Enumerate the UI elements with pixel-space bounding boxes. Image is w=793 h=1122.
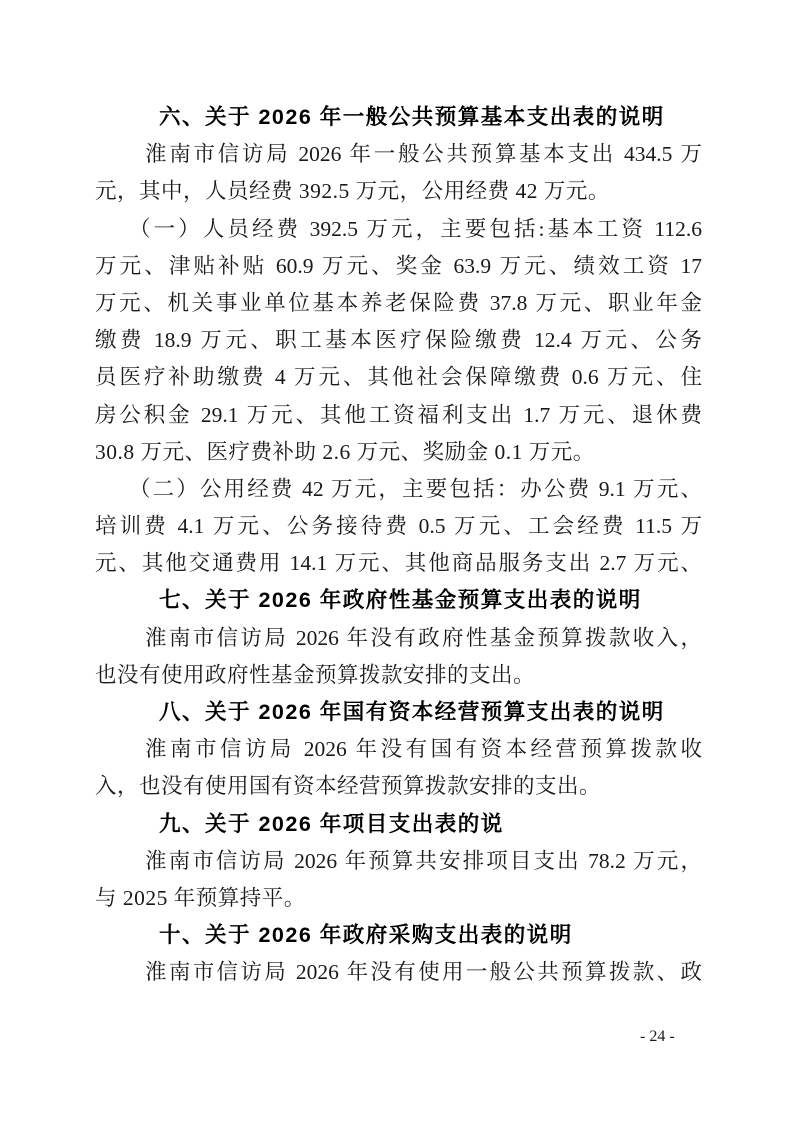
paragraph-line: 30.8 万元、医疗费补助 2.6 万元、奖励金 0.1 万元。 xyxy=(95,434,702,471)
paragraph-line: 淮南市信访局 2026 年没有政府性基金预算拨款收入， xyxy=(95,620,702,657)
document-body: 六、关于 2026 年一般公共预算基本支出表的说明淮南市信访局 2026 年一般… xyxy=(95,99,702,992)
paragraph-line: 淮南市信访局 2026 年没有使用一般公共预算拨款、政 xyxy=(95,954,702,991)
document-page: 六、关于 2026 年一般公共预算基本支出表的说明淮南市信访局 2026 年一般… xyxy=(0,0,793,1122)
paragraph-line: 员医疗补助缴费 4 万元、其他社会保障缴费 0.6 万元、住 xyxy=(95,359,702,396)
paragraph-line: 元、其他交通费用 14.1 万元、其他商品服务支出 2.7 万元、 xyxy=(95,545,702,582)
paragraph-line: 房公积金 29.1 万元、其他工资福利支出 1.7 万元、退休费 xyxy=(95,397,702,434)
paragraph-line: 淮南市信访局 2026 年一般公共预算基本支出 434.5 万 xyxy=(95,136,702,173)
paragraph-line: 也没有使用政府性基金预算拨款安排的支出。 xyxy=(95,657,702,694)
paragraph-line: （二）公用经费 42 万元，主要包括：办公费 9.1 万元、 xyxy=(95,471,702,508)
paragraph-line: 万元、机关事业单位基本养老保险费 37.8 万元、职业年金 xyxy=(95,285,702,322)
section-heading: 九、关于 2026 年项目支出表的说 xyxy=(95,806,702,843)
section-heading: 七、关于 2026 年政府性基金预算支出表的说明 xyxy=(95,582,702,619)
paragraph-line: 缴费 18.9 万元、职工基本医疗保险缴费 12.4 万元、公务 xyxy=(95,322,702,359)
section-heading: 十、关于 2026 年政府采购支出表的说明 xyxy=(95,917,702,954)
section-heading: 六、关于 2026 年一般公共预算基本支出表的说明 xyxy=(95,99,702,136)
paragraph-line: 元，其中，人员经费 392.5 万元，公用经费 42 万元。 xyxy=(95,173,702,210)
paragraph-line: （一）人员经费 392.5 万元，主要包括:基本工资 112.6 xyxy=(95,211,702,248)
paragraph-line: 入，也没有使用国有资本经营预算拨款安排的支出。 xyxy=(95,768,702,805)
paragraph-line: 培训费 4.1 万元、公务接待费 0.5 万元、工会经费 11.5 万 xyxy=(95,508,702,545)
page-number: - 24 - xyxy=(640,1027,700,1047)
paragraph-line: 与 2025 年预算持平。 xyxy=(95,880,702,917)
paragraph-line: 淮南市信访局 2026 年没有国有资本经营预算拨款收 xyxy=(95,731,702,768)
paragraph-line: 淮南市信访局 2026 年预算共安排项目支出 78.2 万元， xyxy=(95,843,702,880)
paragraph-line: 万元、津贴补贴 60.9 万元、奖金 63.9 万元、绩效工资 17 xyxy=(95,248,702,285)
section-heading: 八、关于 2026 年国有资本经营预算支出表的说明 xyxy=(95,694,702,731)
